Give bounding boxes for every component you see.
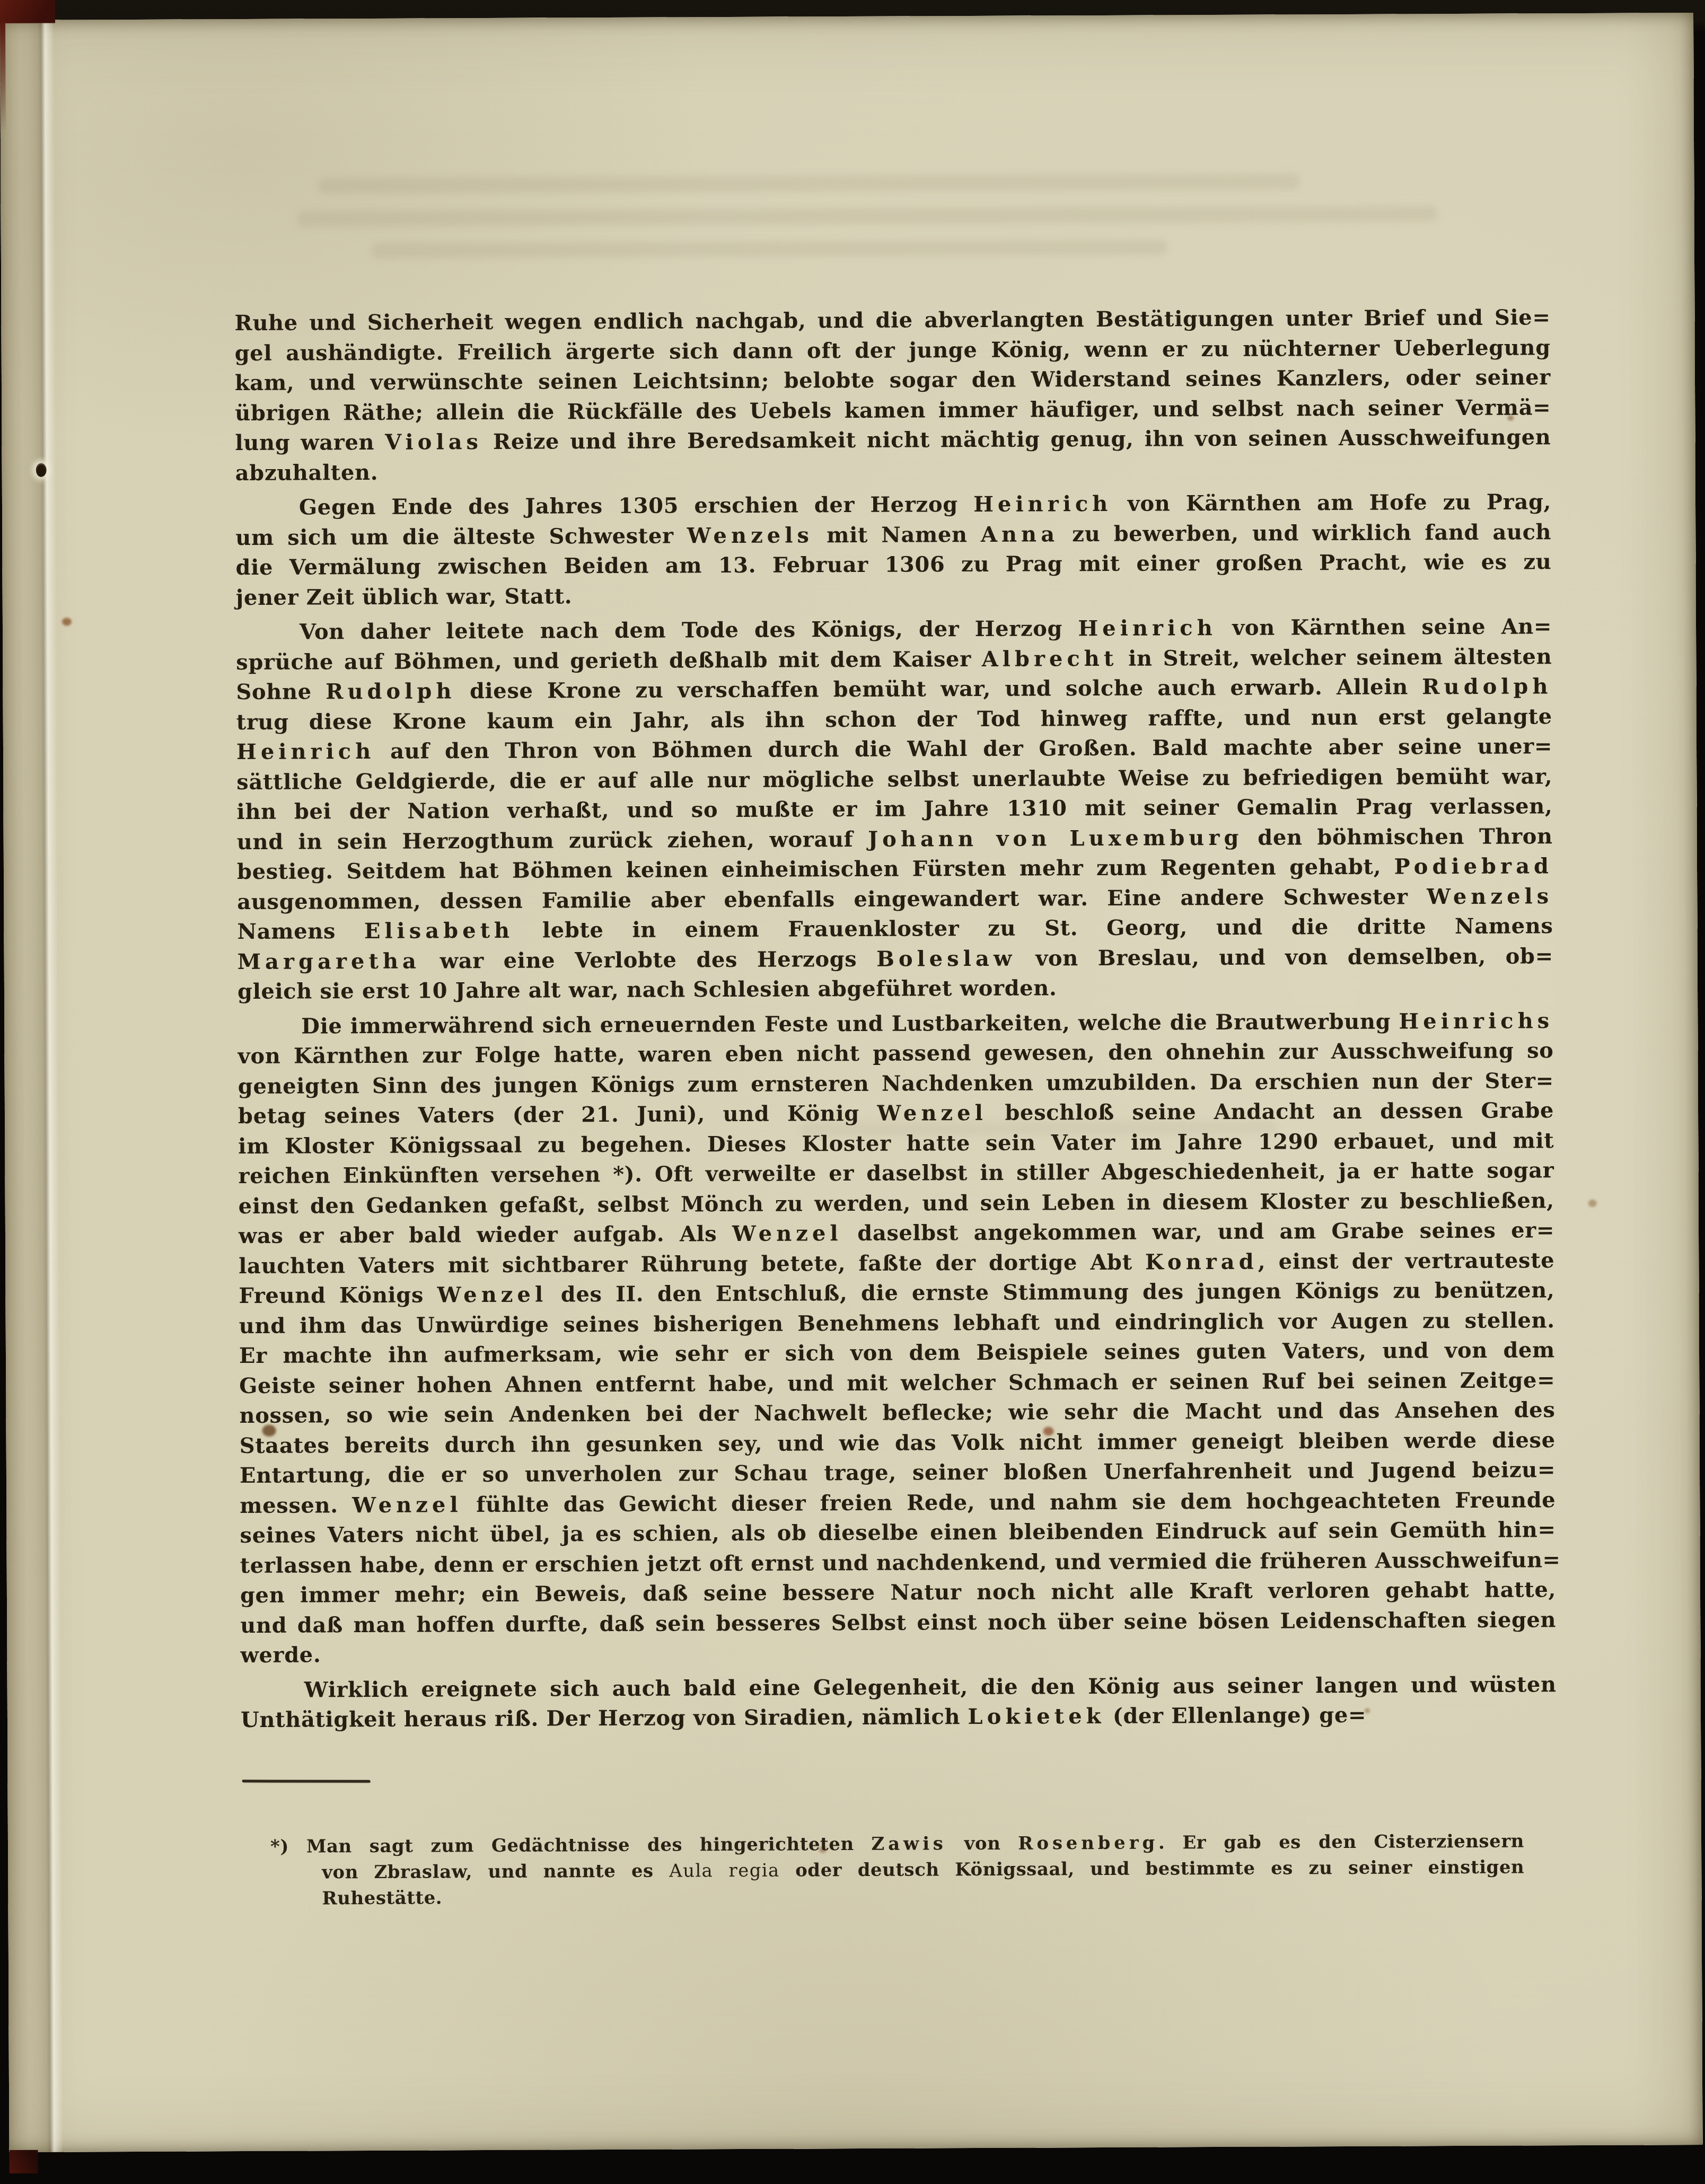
text-segment: oder deutsch Königssaal, und bestimmte e… [780, 1856, 1525, 1881]
text-line: reichen Einkünften versehen *). Oft verw… [238, 1156, 1554, 1191]
letterspaced-name: Rosenberg [1018, 1832, 1158, 1854]
text-segment: sättliche Geldgierde, die er auf alle nu… [236, 764, 1552, 795]
text-segment: des II. den Entschluß, die ernste Stimmu… [547, 1278, 1555, 1307]
text-segment: *) Man sagt zum Gedächtnisse des hingeri… [270, 1834, 872, 1857]
text-segment: von [947, 1833, 1018, 1855]
gutter-crease [20, 20, 71, 2152]
text-segment: ausgenommen, dessen Familie aber ebenfal… [237, 884, 1427, 914]
text-segment: von Zbraslaw, und nannte es [322, 1861, 669, 1883]
text-segment: daselbst angekommen war, und am Grabe se… [842, 1218, 1555, 1246]
text-segment: Ruhe und Sicherheit wegen endlich nachga… [234, 305, 1550, 336]
text-segment: gel aushändigte. Freilich ärgerte sich d… [235, 335, 1551, 366]
text-segment: im Kloster Königssaal zu begehen. Dieses… [238, 1128, 1554, 1159]
text-line: gen immer mehr; ein Beweis, daß seine be… [240, 1575, 1556, 1610]
text-segment: um sich um die älteste Schwester [235, 523, 687, 550]
text-segment: die Vermälung zwischen Beiden am 13. Feb… [235, 549, 1551, 580]
text-segment: und in sein Herzogthum zurück ziehen, wo… [237, 826, 868, 854]
paragraph: Die immerwährend sich erneuernden Feste … [238, 1006, 1556, 1671]
text-segment: den böhmischen Thron [1243, 824, 1553, 850]
text-segment: Ruhestätte. [322, 1887, 442, 1909]
text-segment: von Kärnthen zur Folge hatte, waren eben… [238, 1038, 1553, 1069]
foxing-spots [0, 13, 1693, 20]
foxing-spot [1588, 1200, 1597, 1207]
text-segment: Unthätigkeit heraus riß. Der Herzog von … [241, 1704, 968, 1732]
letterspaced-name: Wenzel [352, 1492, 462, 1518]
text-segment: beschloß seine Andacht an dessen Grabe [987, 1098, 1554, 1125]
text-segment: , einst der vertrauteste [1258, 1248, 1555, 1274]
binding-cover-corner-top [0, 0, 55, 23]
text-segment: von Kärnthen am Hofe zu Prag, [1112, 489, 1551, 516]
text-segment: bestieg. Seitdem hat Böhmen keinen einhe… [237, 855, 1394, 885]
paragraph: Gegen Ende des Jahres 1305 erschien der … [235, 487, 1552, 613]
text-segment: Gegen Ende des Jahres 1305 erschien der … [299, 492, 973, 520]
text-segment: war eine Verlobte des Herzogs [420, 946, 876, 973]
letterspaced-name: Rudolph [1422, 674, 1552, 699]
text-segment: (der Ellenlange) ge= [1105, 1703, 1366, 1729]
letterspaced-name: Wenzels [1427, 884, 1553, 909]
text-line: was er aber bald wieder aufgab. Als Wenz… [239, 1216, 1554, 1251]
binding-stitch-hole [36, 463, 47, 477]
letterspaced-name: Heinrich [1078, 615, 1216, 641]
text-line: Er machte ihn aufmerksam, wie sehr er si… [239, 1335, 1555, 1371]
text-segment: diese Krone zu verschaffen bemüht war, u… [455, 674, 1422, 703]
text-segment: Namens [237, 919, 364, 944]
ink-bleed-through [298, 206, 1438, 226]
text-line: seines Vaters nicht übel, ja es schien, … [240, 1515, 1555, 1551]
text-segment: lauchten Vaters mit sichtbarer Rührung b… [239, 1249, 1145, 1278]
text-line: bestieg. Seitdem hat Böhmen keinen einhe… [237, 851, 1553, 887]
text-segment: . Er gab es den Cisterziensern [1158, 1830, 1524, 1853]
text-segment: geneigten Sinn des jungen Königs zum ern… [238, 1068, 1554, 1099]
text-line: die Vermälung zwischen Beiden am 13. Feb… [235, 547, 1551, 583]
text-line: von Kärnthen zur Folge hatte, waren eben… [238, 1036, 1553, 1071]
text-segment: betag seines Vaters (der 21. Juni), und … [238, 1101, 877, 1129]
text-line: kam, und verwünschte seinen Leichtsinn; … [235, 363, 1551, 398]
text-line: Von daher leitete nach dem Tode des Köni… [236, 612, 1552, 647]
letterspaced-name: Wenzel [437, 1282, 548, 1308]
letterspaced-name: Violas [385, 429, 482, 455]
text-segment: Geiste seiner hohen Ahnen entfernt habe,… [239, 1368, 1555, 1398]
text-segment: Entartung, die er so unverholen zur Scha… [240, 1457, 1555, 1488]
foxing-spot [62, 618, 72, 626]
letterspaced-name: Konrad [1145, 1249, 1258, 1274]
text-segment: und ihm das Unwürdige seines bisherigen … [239, 1308, 1555, 1338]
text-segment: terlassen habe, denn er erschien jetzt o… [240, 1547, 1561, 1578]
page-text: Ruhe und Sicherheit wegen endlich nachga… [234, 303, 1557, 1740]
text-segment: nossen, so wie sein Andenken bei der Nac… [239, 1397, 1555, 1428]
text-segment: von Breslau, und von demselben, ob= [1016, 944, 1553, 971]
letterspaced-name: Boleslaw [876, 946, 1016, 971]
scan-background: Ruhe und Sicherheit wegen endlich nachga… [0, 0, 1705, 2184]
text-line: Entartung, die er so unverholen zur Scha… [240, 1455, 1555, 1491]
letterspaced-name: Heinrich [973, 491, 1112, 517]
footnote: *) Man sagt zum Gedächtnisse des hingeri… [241, 1828, 1525, 1912]
text-segment: Er machte ihn aufmerksam, wie sehr er si… [239, 1337, 1555, 1368]
text-line: ihn bei der Nation verhaßt, und so mußte… [236, 791, 1552, 827]
text-segment: kam, und verwünschte seinen Leichtsinn; … [235, 365, 1551, 395]
binding-cover-edge-left [0, 20, 6, 131]
text-segment: einst den Gedanken gefaßt, selbst Mönch … [239, 1188, 1554, 1219]
footnote-separator-rule [242, 1780, 370, 1782]
text-line: nossen, so wie sein Andenken bei der Nac… [239, 1395, 1555, 1431]
letterspaced-name: Podiebrad [1394, 853, 1553, 879]
text-line: werde. [240, 1635, 1556, 1670]
text-segment: abzuhalten. [235, 460, 379, 485]
text-line: Unthätigkeit heraus riß. Der Herzog von … [241, 1699, 1557, 1735]
text-segment: Die immerwährend sich erneuernden Feste … [301, 1009, 1399, 1038]
paragraph: Wirklich ereignete sich auch bald eine G… [241, 1670, 1557, 1736]
letterspaced-name: Heinrich [236, 739, 375, 764]
text-segment: lung waren [235, 430, 385, 455]
letterspaced-name: Zawis [871, 1833, 946, 1855]
text-segment: Reize und ihre Beredsamkeit nicht mächti… [482, 425, 1551, 454]
text-line: Ruhe und Sicherheit wegen endlich nachga… [234, 303, 1550, 338]
binding-cover-corner-bottom [10, 2150, 38, 2173]
paragraph: Ruhe und Sicherheit wegen endlich nachga… [234, 303, 1551, 488]
text-segment: und daß man hoffen durfte, daß sein bess… [240, 1607, 1556, 1638]
letterspaced-name: Heinrichs [1399, 1008, 1553, 1034]
text-line: gleich sie erst 10 Jahre alt war, nach S… [238, 971, 1553, 1007]
text-segment: ihn bei der Nation verhaßt, und so mußte… [236, 794, 1552, 824]
text-segment: von Kärnthen seine An= [1217, 614, 1552, 640]
book-page: Ruhe und Sicherheit wegen endlich nachga… [0, 13, 1703, 2152]
text-segment: auf den Thron von Böhmen durch die Wahl … [375, 734, 1552, 764]
text-segment: Sohne [236, 679, 326, 704]
text-segment: reichen Einkünften versehen *). Oft verw… [238, 1158, 1554, 1188]
letterspaced-name: Lokietek [968, 1704, 1105, 1729]
letterspaced-name: Wenzel [877, 1100, 987, 1126]
text-segment: mit Namen [813, 522, 981, 547]
text-segment: trug diese Krone kaum ein Jahr, als ihn … [236, 704, 1552, 735]
letterspaced-name: Rudolph [326, 679, 455, 704]
text-segment: Staates bereits durch ihn gesunken sey, … [240, 1428, 1555, 1458]
letterspaced-name: Margaretha [238, 948, 420, 974]
text-line: Sohne Rudolph diese Krone zu verschaffen… [236, 672, 1552, 707]
text-line: Heinrich auf den Thron von Böhmen durch … [236, 732, 1552, 767]
ink-bleed-through [372, 240, 1167, 258]
text-segment: sprüche auf Böhmen, und gerieth deßhalb … [236, 646, 982, 674]
text-line: Margaretha war eine Verlobte des Herzogs… [238, 941, 1553, 977]
letterspaced-name: Albrecht [982, 646, 1118, 671]
text-segment: Freund Königs [239, 1282, 437, 1308]
letterspaced-name: Wenzel [732, 1221, 842, 1246]
text-segment: zu bewerben, und wirklich fand auch [1059, 519, 1551, 547]
antiqua-phrase: Aula regia [669, 1860, 780, 1882]
letterspaced-name: Elisabeth [364, 918, 514, 944]
text-segment: Von daher leitete nach dem Tode des Köni… [300, 616, 1078, 644]
text-line: lung waren Violas Reize und ihre Beredsa… [235, 422, 1551, 458]
text-segment: jener Zeit üblich war, Statt. [236, 584, 573, 610]
text-line: abzuhalten. [235, 453, 1551, 488]
text-segment: messen. [240, 1493, 352, 1518]
paragraph: Von daher leitete nach dem Tode des Köni… [236, 612, 1553, 1007]
letterspaced-name: Wenzels [687, 523, 813, 548]
text-line: Namens Elisabeth lebte in einem Frauenkl… [237, 911, 1553, 947]
text-segment: Wirklich ereignete sich auch bald eine G… [304, 1672, 1557, 1702]
text-line: jener Zeit üblich war, Statt. [236, 577, 1552, 613]
text-segment: werde. [240, 1642, 321, 1668]
text-line: Freund Königs Wenzel des II. den Entschl… [239, 1275, 1554, 1311]
text-segment: seines Vaters nicht übel, ja es schien, … [240, 1517, 1555, 1548]
text-line: von Zbraslaw, und nannte es Aula regia o… [322, 1854, 1524, 1886]
text-segment: übrigen Räthe; allein die Rückfälle des … [235, 395, 1551, 426]
text-segment: gleich sie erst 10 Jahre alt war, nach S… [238, 975, 1057, 1004]
text-line: betag seines Vaters (der 21. Juni), und … [238, 1096, 1554, 1131]
text-line: und daß man hoffen durfte, daß sein bess… [240, 1605, 1556, 1641]
text-segment: gen immer mehr; ein Beweis, daß seine be… [240, 1577, 1556, 1608]
text-segment: lebte in einem Frauenkloster zu St. Geor… [514, 913, 1553, 943]
text-segment: in Streit, welcher seinem ältesten [1118, 644, 1552, 671]
text-line: Gegen Ende des Jahres 1305 erschien der … [235, 487, 1551, 523]
text-segment: fühlte das Gewicht dieser freien Rede, u… [462, 1487, 1556, 1517]
text-segment: was er aber bald wieder aufgab. Als [239, 1221, 732, 1248]
ink-bleed-through [319, 173, 1299, 193]
text-line: Ruhestätte. [322, 1880, 1524, 1912]
letterspaced-name: Johann von Luxemburg [868, 825, 1243, 851]
letterspaced-name: Anna [981, 522, 1059, 547]
